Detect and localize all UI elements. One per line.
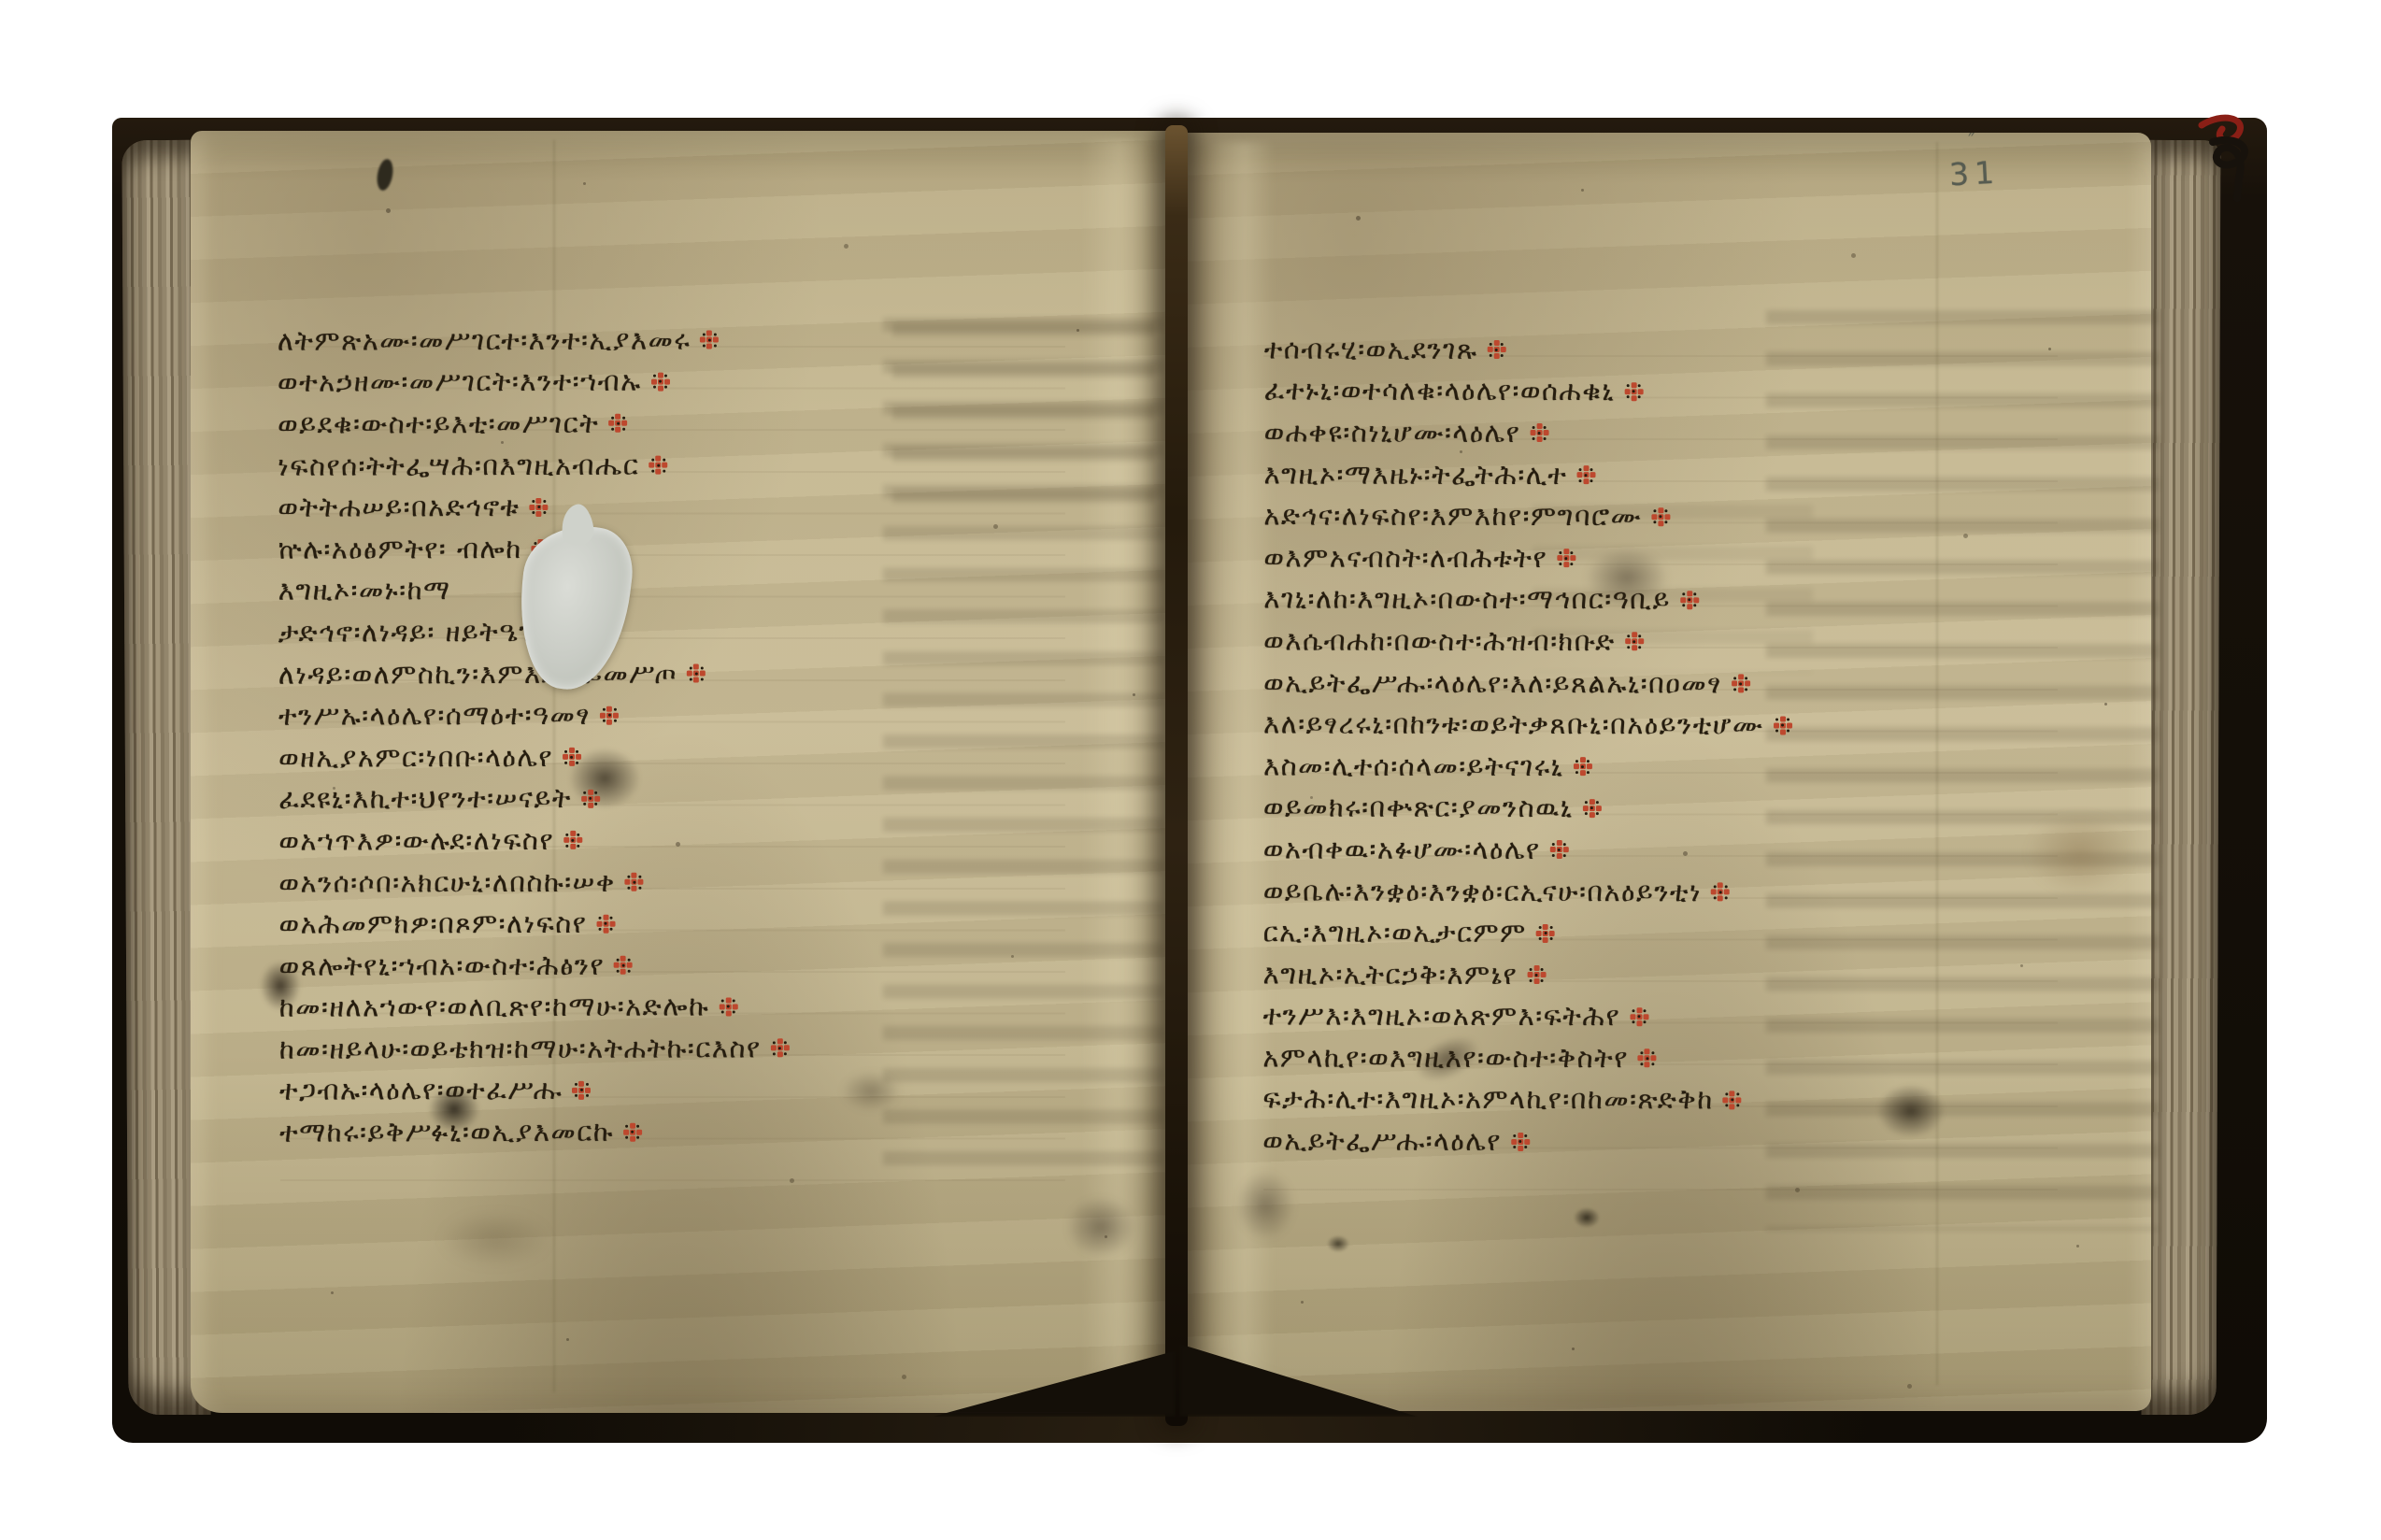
binding-gutter — [1165, 125, 1188, 1426]
right-text-block: ተሰብሩሂ፡ወኢደንገጹፈተኑኒ፡ወተሳለቁ፡ላዕሌየ፡ወሰሐቁኒወሐቀዩ፡ስነ… — [1262, 329, 1792, 1163]
geez-text: እግዚኦ፡ኢትርኃቅ፡እምኔየ — [1263, 958, 1518, 991]
rubricated-section-mark — [1536, 924, 1555, 943]
rubricated-section-mark — [1774, 716, 1792, 734]
geez-text: ወኢይትፌሥሑ፡ላዕሌየ፡እለ፡ይጸልኡኒ፡በዐመፃ — [1263, 666, 1722, 700]
manuscript-text-line: ፍታሕ፡ሊተ፡እግዚኦ፡አምላኪየ፡በከመ፡ጽድቅከ — [1262, 1078, 1791, 1121]
geez-text: ኵሉ፡አዕፅምትየ፡ ብሎከ — [278, 533, 521, 566]
manuscript-text-line: ተማከሩ፡ይቅሥፉኒ፡ወኢያእመርኩ — [279, 1111, 790, 1154]
geez-text: ወሐቀዩ፡ስነኒሆሙ፡ላዕሌየ — [1264, 416, 1521, 449]
geez-text: ፈተኑኒ፡ወተሳለቁ፡ላዕሌየ፡ወሰሐቁኒ — [1264, 375, 1616, 408]
manuscript-text-line: ወእሴብሐከ፡በውስተ፡ሕዝብ፡ክቡድ — [1263, 620, 1792, 663]
geez-text: እስመ፡ሊተሰ፡ሰላመ፡ይትናገሩኒ — [1263, 749, 1564, 783]
rubricated-section-mark — [1625, 633, 1644, 651]
manuscript-scan: ለትምጽአሙ፡መሥገርተ፡እንተ፡ኢያእመሩወተአኃዘሙ፡መሥገርት፡እንተ፡ኀ… — [0, 0, 2381, 1540]
manuscript-text-line: ወአሕመምክዎ፡በጾም፡ለነፍስየ — [278, 903, 789, 946]
rubricated-section-mark — [1574, 757, 1592, 776]
manuscript-text-line: ከመ፡ዘለአኀውየ፡ወለቢጽየ፡ከማሁ፡አድሎኩ — [279, 986, 790, 1029]
geez-text: ወአሕመምክዎ፡በጾም፡ለነፍስየ — [278, 907, 587, 941]
geez-text: ወትትሐሠይ፡በአድኅኖቱ — [278, 491, 520, 524]
manuscript-text-line: ለትምጽአሙ፡መሥገርተ፡እንተ፡ኢያእመሩ — [278, 319, 788, 362]
manuscript-text-line: ተንሥእ፡እግዚኦ፡ወአጽምእ፡ፍትሕየ — [1262, 995, 1791, 1038]
geez-text: ወአንሰ፡ሶበ፡አክርሁኒ፡ለበስኩ፡ሠቀ — [278, 865, 615, 899]
manuscript-text-line: ወእምአናብስት፡ለብሕቱትየ — [1263, 536, 1792, 579]
geez-text: ነፍስየሰ፡ትትፌሣሕ፡በእግዚአብሔር — [278, 449, 639, 482]
rubricated-section-mark — [1487, 340, 1505, 359]
rubricated-section-mark — [1638, 1049, 1657, 1068]
geez-text: ለነዳይ፡ወለምስኪን፡እምእዴ፡ዘይመሥጦ — [278, 657, 677, 691]
ink-bleedthrough — [1766, 310, 2159, 1231]
ink-stain — [1327, 1235, 1349, 1252]
rubricated-section-mark — [563, 748, 581, 766]
geez-text: እለ፡ይፃረሩኒ፡በከንቱ፡ወይትቃጸቡኒ፡በአዕይንቲሆሙ — [1263, 708, 1764, 742]
manuscript-text-line: ነፍስየሰ፡ትትፌሣሕ፡በእግዚአብሔር — [278, 444, 788, 487]
ink-stain — [1574, 1207, 1600, 1228]
rubricated-section-mark — [771, 1039, 790, 1058]
manuscript-text-line: ተጋብኡ፡ላዕሌየ፡ወተፈሥሑ — [279, 1069, 790, 1112]
rubricated-section-mark — [700, 331, 719, 349]
manuscript-text-line: ወሐቀዩ፡ስነኒሆሙ፡ላዕሌየ — [1264, 412, 1793, 455]
rubricated-section-mark — [563, 831, 582, 849]
rubricated-section-mark — [581, 790, 600, 808]
geez-text: ወይደቁ፡ውስተ፡ይእቲ፡መሥገርት — [278, 407, 599, 441]
rubricated-section-mark — [1527, 965, 1546, 984]
geez-text: ወይመክሩ፡በቍጽር፡ያመንስዉኒ — [1263, 791, 1574, 825]
brown-stain — [2026, 811, 2134, 895]
ink-bleedthrough — [892, 322, 1154, 509]
geez-text: ወጸሎትየኒ፡ኀብአ፡ውስተ፡ሕፅንየ — [279, 949, 606, 983]
binding-thread — [2185, 108, 2278, 239]
manuscript-text-line: ወአንሰ፡ሶበ፡አክርሁኒ፡ለበስኩ፡ሠቀ — [278, 861, 789, 904]
geez-text: እግዚኦ፡መኑ፡ከማ — [278, 575, 451, 607]
rubricated-section-mark — [1624, 382, 1643, 401]
left-text-block: ለትምጽአሙ፡መሥገርተ፡እንተ፡ኢያእመሩወተአኃዘሙ፡መሥገርት፡እንተ፡ኀ… — [278, 319, 790, 1153]
geez-text: ከመ፡ዘለአኀውየ፡ወለቢጽየ፡ከማሁ፡አድሎኩ — [279, 991, 710, 1024]
rubricated-section-mark — [649, 456, 667, 475]
folio-number: 31 — [1948, 154, 2001, 193]
manuscript-text-line: ወይደቁ፡ውስተ፡ይእቲ፡መሥገርት — [278, 402, 788, 445]
manuscript-text-line: ፈተኑኒ፡ወተሳለቁ፡ላዕሌየ፡ወሰሐቁኒ — [1264, 370, 1793, 413]
rubricated-section-mark — [625, 873, 644, 891]
rubricated-section-mark — [1651, 507, 1670, 526]
geez-text: ተሰብሩሂ፡ወኢደንገጹ — [1264, 333, 1478, 365]
rubricated-section-mark — [1511, 1133, 1530, 1151]
manuscript-text-line: ፈደዩኒ፡እኪተ፡ህየንተ፡ሠናይት — [278, 777, 789, 820]
manuscript-text-line: እግዚኦ፡ማእዜኑ፡ትፌትሕ፡ሊተ — [1263, 453, 1792, 496]
geez-text: ወኢይትፌሥሑ፡ላዕሌየ — [1262, 1125, 1502, 1158]
manuscript-text-line: አድኅና፡ለነፍስየ፡እምእከየ፡ምግባሮሙ — [1263, 495, 1792, 538]
rubricated-section-mark — [623, 1122, 642, 1141]
manuscript-text-line: ወይመክሩ፡በቍጽር፡ያመንስዉኒ — [1263, 787, 1792, 830]
rubricated-section-mark — [608, 414, 627, 433]
geez-text: ወእሴብሐከ፡በውስተ፡ሕዝብ፡ክቡድ — [1263, 624, 1616, 658]
rubricated-section-mark — [1530, 423, 1548, 442]
manuscript-text-line: ከመ፡ዘይላሁ፡ወይቴክዝ፡ከማሁ፡አትሐትኩ፡ርእስየ — [279, 1027, 790, 1070]
geez-text: ወአኀጥእዎ፡ውሉደ፡ለነፍስየ — [278, 824, 554, 858]
geez-text: ወይቤሉ፡እንቋዕ፡እንቋዕ፡ርኢናሁ፡በአዕይንቲነ — [1263, 875, 1702, 908]
manuscript-text-line: እገኒ፡ለከ፡እግዚኦ፡በውስተ፡ማኅበር፡ዓቢይ — [1263, 578, 1792, 621]
rubricated-section-mark — [719, 997, 737, 1016]
manuscript-text-line: ወጸሎትየኒ፡ኀብአ፡ውስተ፡ሕፅንየ — [279, 944, 790, 987]
manuscript-text-line: ወይቤሉ፡እንቋዕ፡እንቋዕ፡ርኢናሁ፡በአዕይንቲነ — [1263, 870, 1792, 913]
manuscript-text-line: ወትትሐሠይ፡በአድኅኖቱ — [278, 486, 788, 529]
geez-text: ተጋብኡ፡ላዕሌየ፡ወተፈሥሑ — [279, 1074, 563, 1107]
rubricated-section-mark — [1680, 591, 1699, 609]
geez-text: ተንሥእ፡እግዚኦ፡ወአጽምእ፡ፍትሕየ — [1262, 1000, 1620, 1034]
rubricated-section-mark — [687, 664, 706, 683]
manuscript-text-line: አምላኪየ፡ወእግዚእየ፡ውስተ፡ቅስትየ — [1262, 1037, 1791, 1080]
rubricated-section-mark — [1557, 549, 1575, 567]
rubricated-section-mark — [529, 498, 548, 517]
geez-text: ወዘኢያአምር፡ነበቡ፡ላዕሌየ — [278, 741, 553, 775]
manuscript-text-line: ወአኀጥእዎ፡ውሉደ፡ለነፍስየ — [278, 819, 789, 862]
geez-text: እገኒ፡ለከ፡እግዚኦ፡በውስተ፡ማኅበር፡ዓቢይ — [1263, 583, 1671, 617]
rubricated-section-mark — [1549, 840, 1568, 859]
rubricated-section-mark — [572, 1081, 591, 1100]
rubricated-section-mark — [1711, 882, 1730, 901]
geez-text: ታድኅኖ፡ለነዳይ፡ ዘይትዔገሎ — [278, 616, 559, 649]
smudge-stain — [841, 1071, 901, 1112]
manuscript-text-line: እስመ፡ሊተሰ፡ሰላመ፡ይትናገሩኒ — [1263, 745, 1792, 788]
geez-text: ፍታሕ፡ሊተ፡እግዚኦ፡አምላኪየ፡በከመ፡ጽድቅከ — [1262, 1083, 1714, 1117]
rubricated-section-mark — [596, 914, 615, 933]
parchment-speckles — [191, 131, 193, 134]
manuscript-text-line: ተሰብሩሂ፡ወኢደንገጹ — [1264, 329, 1793, 372]
manuscript-text-line: ወአብቀዉ፡አፉሆሙ፡ላዕሌየ — [1263, 829, 1792, 872]
geez-text: ወተአኃዘሙ፡መሥገርት፡እንተ፡ኀብኡ — [278, 365, 642, 399]
manuscript-text-line: ወዘኢያአምር፡ነበቡ፡ላዕሌየ — [278, 735, 789, 778]
geez-text: አድኅና፡ለነፍስየ፡እምእከየ፡ምግባሮሙ — [1263, 500, 1642, 534]
geez-text: ወእምአናብስት፡ለብሕቱትየ — [1263, 541, 1547, 575]
smudge-stain — [1235, 1170, 1295, 1241]
rubricated-section-mark — [1576, 465, 1595, 484]
ink-stain — [1876, 1084, 1946, 1138]
smudge-stain — [439, 1211, 551, 1267]
rubricated-section-mark — [651, 373, 670, 392]
folio-annotation: ″ — [1968, 129, 1976, 151]
geez-text: ወአብቀዉ፡አፉሆሙ፡ላዕሌየ — [1263, 833, 1541, 866]
geez-text: አምላኪየ፡ወእግዚእየ፡ውስተ፡ቅስትየ — [1262, 1041, 1629, 1075]
geez-text: ፈደዩኒ፡እኪተ፡ህየንተ፡ሠናይት — [278, 782, 572, 816]
geez-text: ተንሥኡ፡ላዕሌየ፡ሰማዕተ፡ዓመፃ — [278, 699, 591, 733]
geez-text: ከመ፡ዘይላሁ፡ወይቴክዝ፡ከማሁ፡አትሐትኩ፡ርእስየ — [279, 1032, 762, 1065]
geez-text: ለትምጽአሙ፡መሥገርተ፡እንተ፡ኢያእመሩ — [278, 323, 691, 357]
geez-text: እግዚኦ፡ማእዜኑ፡ትፌትሕ፡ሊተ — [1263, 458, 1567, 492]
manuscript-text-line: እለ፡ይፃረሩኒ፡በከንቱ፡ወይትቃጸቡኒ፡በአዕይንቲሆሙ — [1263, 704, 1792, 747]
rubricated-section-mark — [600, 706, 619, 724]
manuscript-text-line: ተንሥኡ፡ላዕሌየ፡ሰማዕተ፡ዓመፃ — [278, 694, 789, 737]
geez-text: ርኢ፡እግዚኦ፡ወኢታርምም — [1263, 917, 1527, 949]
manuscript-text-line: ወተአኃዘሙ፡መሥገርት፡እንተ፡ኀብኡ — [278, 361, 788, 404]
geez-text: ተማከሩ፡ይቅሥፉኒ፡ወኢያእመርኩ — [279, 1116, 614, 1149]
rubricated-section-mark — [1723, 1091, 1742, 1109]
manuscript-text-line: እግዚኦ፡ኢትርኃቅ፡እምኔየ — [1263, 953, 1792, 996]
rubricated-section-mark — [614, 956, 633, 975]
manuscript-text-line: ወኢይትፌሥሑ፡ላዕሌየ፡እለ፡ይጸልኡኒ፡በዐመፃ — [1263, 662, 1792, 705]
rubricated-section-mark — [1630, 1007, 1648, 1026]
rubricated-section-mark — [1732, 674, 1750, 692]
smudge-stain — [1065, 1196, 1136, 1258]
manuscript-text-line: ርኢ፡እግዚኦ፡ወኢታርምም — [1263, 912, 1792, 955]
rubricated-section-mark — [1583, 799, 1602, 818]
manuscript-text-line: ወኢይትፌሥሑ፡ላዕሌየ — [1262, 1120, 1791, 1163]
